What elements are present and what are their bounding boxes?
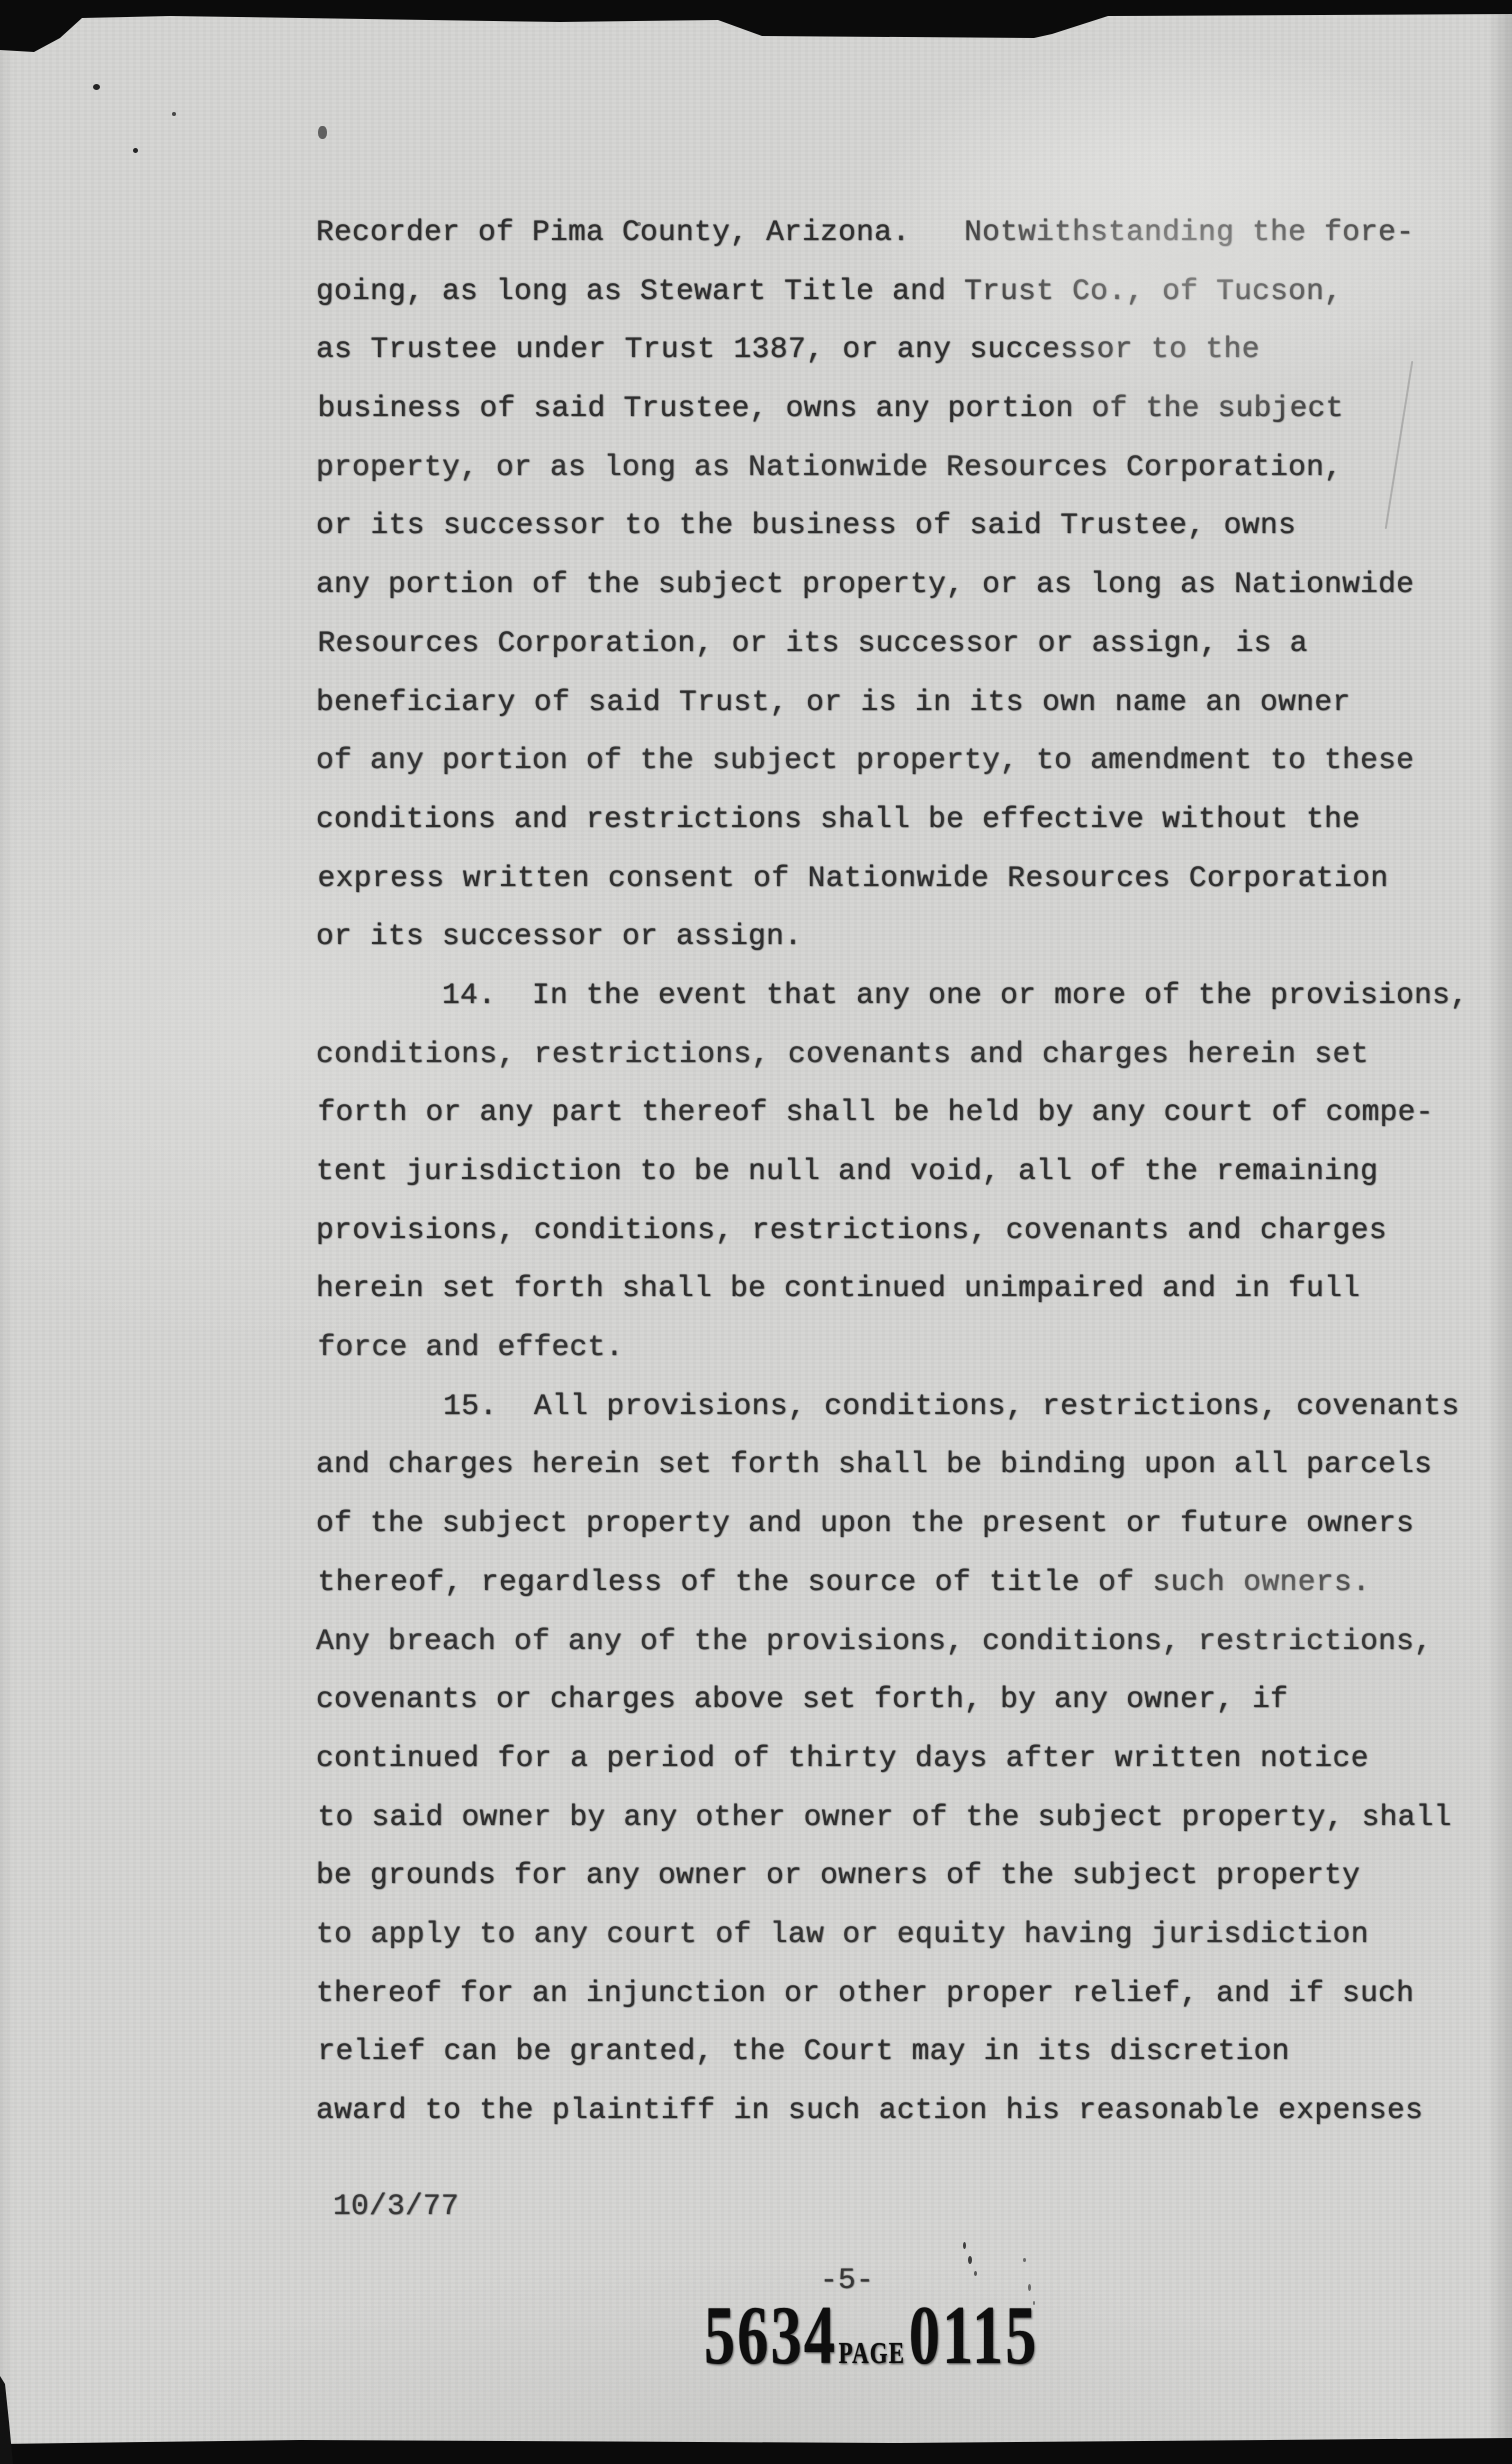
dust-speck — [172, 112, 176, 116]
scan-edge-top — [0, 0, 1512, 60]
text-line: tent jurisdiction to be null and void, a… — [316, 1142, 1468, 1201]
text-line: Any breach of any of the provisions, con… — [316, 1612, 1468, 1671]
text-line: continued for a period of thirty days af… — [316, 1729, 1468, 1788]
text-line: or its successor to the business of said… — [316, 496, 1468, 555]
text-line: covenants or charges above set forth, by… — [316, 1670, 1468, 1729]
text-line: conditions, restrictions, covenants and … — [316, 1025, 1468, 1084]
text-line: award to the plaintiff in such action hi… — [316, 2081, 1468, 2140]
dust-speck — [1023, 2258, 1026, 2262]
text-line: relief can be granted, the Court may in … — [318, 2022, 1470, 2081]
dust-speck — [974, 2271, 977, 2276]
text-line: 15. All provisions, conditions, restrict… — [316, 1377, 1468, 1436]
text-line: of the subject property and upon the pre… — [316, 1494, 1468, 1553]
text-line: thereof for an injunction or other prope… — [316, 1964, 1468, 2023]
text-line: herein set forth shall be continued unim… — [316, 1259, 1468, 1318]
text-line: conditions and restrictions shall be eff… — [316, 790, 1468, 849]
text-line: express written consent of Nationwide Re… — [318, 849, 1470, 908]
text-line: to said owner by any other owner of the … — [318, 1788, 1470, 1847]
scan-edge-left — [0, 2376, 13, 2464]
stamp-book-number: 5634 — [704, 2289, 837, 2382]
text-line: and charges herein set forth shall be bi… — [316, 1435, 1468, 1494]
dust-speck — [133, 148, 138, 153]
text-line: 14. In the event that any one or more of… — [316, 966, 1468, 1025]
text-line: or its successor or assign. — [316, 907, 1468, 966]
dust-speck — [318, 126, 327, 139]
text-line: be grounds for any owner or owners of th… — [316, 1846, 1468, 1905]
text-line: to apply to any court of law or equity h… — [316, 1905, 1468, 1964]
dust-speck — [963, 2242, 966, 2249]
text-line: business of said Trustee, owns any porti… — [318, 379, 1470, 438]
text-line: thereof, regardless of the source of tit… — [318, 1553, 1470, 1612]
text-line: provisions, conditions, restrictions, co… — [316, 1201, 1468, 1260]
stamp-page-label: PAGE — [839, 2335, 905, 2370]
text-line: as Trustee under Trust 1387, or any succ… — [316, 320, 1468, 379]
dust-speck — [968, 2256, 972, 2264]
scan-edge-bottom — [0, 2438, 1512, 2464]
recorder-book-page-stamp: 5634PAGE0115 — [704, 2294, 1039, 2378]
text-line: Recorder of Pima County, Arizona. Notwit… — [316, 203, 1468, 262]
date-annotation: 10/3/77 — [333, 2192, 459, 2222]
document-body: Recorder of Pima County, Arizona. Notwit… — [316, 203, 1468, 2140]
text-line: of any portion of the subject property, … — [316, 731, 1468, 790]
stamp-page-value: 0115 — [909, 2289, 1039, 2382]
text-line: property, or as long as Nationwide Resou… — [316, 438, 1468, 497]
text-line: any portion of the subject property, or … — [316, 555, 1468, 614]
text-line: going, as long as Stewart Title and Trus… — [316, 262, 1468, 321]
text-line: Resources Corporation, or its successor … — [318, 614, 1470, 673]
text-line: beneficiary of said Trust, or is in its … — [316, 673, 1468, 732]
text-line: force and effect. — [318, 1318, 1470, 1377]
scanned-page: Recorder of Pima County, Arizona. Notwit… — [0, 0, 1512, 2464]
dust-speck — [93, 84, 100, 90]
text-line: forth or any part thereof shall be held … — [318, 1083, 1470, 1142]
